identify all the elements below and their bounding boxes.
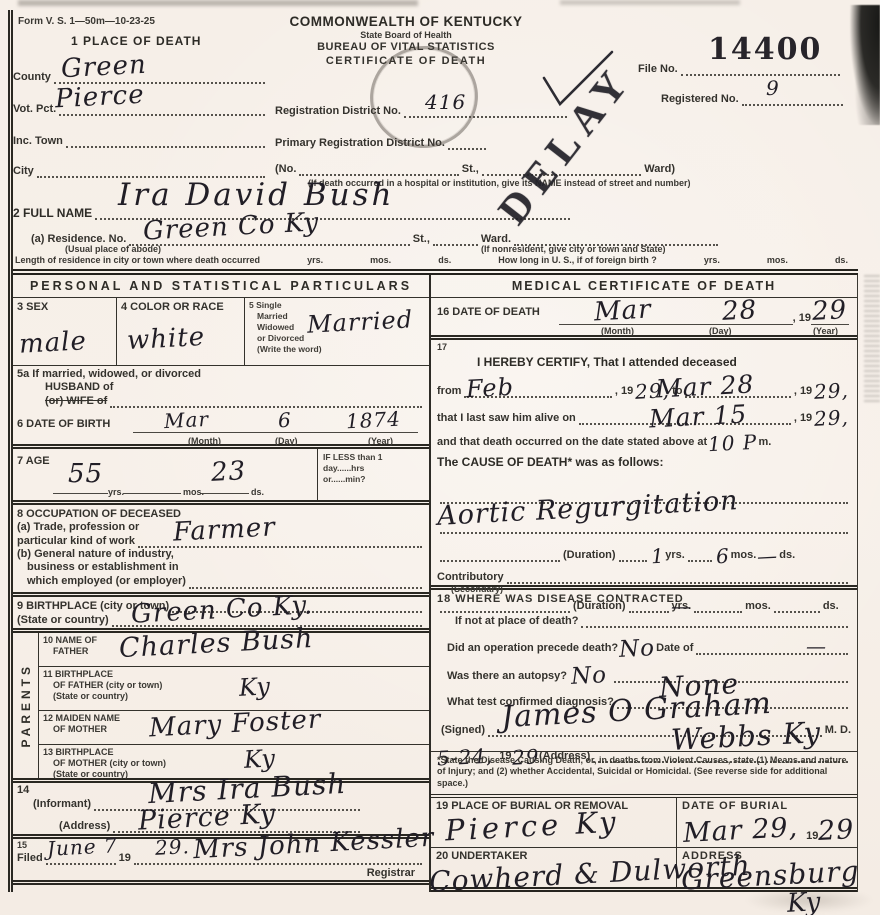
- duration-ds-label: ds.: [779, 549, 795, 562]
- wife-of-label-struck: (or) WIFE of: [45, 395, 107, 408]
- foreign-mos: mos.: [767, 255, 788, 266]
- father-birthplace-field: 11 BIRTHPLACE OF FATHER (city or town) (…: [39, 667, 429, 711]
- to-year-value: 29,: [814, 382, 850, 401]
- primary-registration-line: [448, 136, 486, 150]
- age-ds-label: ds.: [251, 487, 264, 498]
- length-yrs: yrs.: [307, 255, 323, 266]
- duration-yrs-value: 1: [650, 547, 665, 565]
- date-of-death-label: 16 DATE OF DEATH: [437, 306, 540, 319]
- age-label: 7 AGE: [17, 455, 50, 467]
- certification-block: 17 I HEREBY CERTIFY, That I attended dec…: [431, 340, 857, 590]
- if-not-line: [581, 614, 848, 628]
- scan-streak-right: [864, 275, 880, 405]
- from-label: from: [437, 385, 461, 398]
- filed-row: 15 Filed 19 June 7 29. Mrs John Kessler …: [13, 839, 429, 885]
- if-less-than-day-box: IF LESS than 1 day......hrs or......min?: [317, 449, 429, 500]
- residence-st-line: [433, 232, 478, 246]
- operation-value: No: [619, 639, 656, 660]
- occupation-a-line2: particular kind of work: [17, 535, 135, 548]
- file-no-label: File No.: [638, 63, 678, 76]
- death-certificate-scan: Form V. S. 1—50m—10-23-25 1 PLACE OF DEA…: [0, 0, 880, 915]
- abode-note: (Usual place of abode): [65, 244, 161, 255]
- registered-no-field: Registered No. 9: [661, 92, 846, 106]
- duration-mos-value: 6: [715, 547, 730, 565]
- if-less-line2: day......hrs: [323, 463, 424, 474]
- sex-label: 3 SEX: [17, 301, 112, 314]
- dod-day-sub: (Day): [709, 326, 732, 337]
- place-of-death-title: 1 PLACE OF DEATH: [71, 34, 201, 48]
- footnote-text: *State the Disease Causing Death, or, in…: [437, 755, 851, 790]
- duration-mos-label: mos.: [731, 549, 757, 562]
- item5a-label: 5a If married, widowed, or divorced: [17, 368, 425, 381]
- filed-year-prefix: 19: [119, 852, 131, 865]
- registration-district-field: Registration District No. 416: [275, 104, 570, 118]
- vot-pct-label: Vot. Pct.: [13, 103, 56, 116]
- full-name-label: 2 FULL NAME: [13, 206, 92, 220]
- mother-name-value: Mary Foster: [149, 708, 322, 739]
- date-of-death-field: 16 DATE OF DEATH Mar 28 , 19 29 (Month) …: [431, 298, 857, 340]
- registration-district-value: 416: [425, 94, 466, 111]
- father-birthplace-value: Ky: [238, 676, 271, 698]
- foreign-label: How long in U. S., if of foreign birth ?: [498, 255, 656, 266]
- undertaker-address-value: Greensburg: [680, 859, 860, 892]
- informant-address-value: Pierce Ky: [137, 803, 276, 833]
- spouse-line: [110, 394, 422, 408]
- bureau-title: BUREAU OF VITAL STATISTICS: [241, 41, 571, 54]
- mother-birthplace-value: Ky: [243, 748, 276, 770]
- county-value: Green: [60, 54, 147, 81]
- from-month-value: Feb: [465, 377, 514, 400]
- burial-date-field: DATE OF BURIAL Mar 29, 19 29: [677, 798, 857, 847]
- item-17-number: 17: [437, 342, 851, 353]
- to-date-value: Mar 28: [656, 373, 755, 399]
- city-label: City: [13, 165, 34, 178]
- burial-place-value: Pierce Ky: [444, 809, 620, 843]
- age-row: 7 AGE 55 yrs. mos. 23 ds. IF LESS than 1…: [13, 449, 429, 505]
- filed-date-value: June 7: [47, 837, 118, 858]
- dob-day-sub: (Day): [275, 436, 298, 447]
- undertaker-address-state: Ky: [786, 891, 822, 915]
- operation-date-value: —: [806, 638, 827, 655]
- sex-field: 3 SEX male: [13, 298, 117, 365]
- burial-row: 19 PLACE OF BURIAL OR REMOVAL Pierce Ky …: [431, 798, 857, 848]
- age-yrs-label: yrs.: [108, 487, 124, 498]
- undertaker-address-field: ADDRESS Greensburg Ky: [677, 848, 857, 887]
- primary-registration-field: Primary Registration District No.: [275, 136, 575, 150]
- parents-strip: PARENTS: [13, 633, 39, 778]
- death-occurred-label: and that death occurred on the date stat…: [437, 436, 707, 449]
- parents-block: PARENTS 10 NAME OF FATHER Charles Bush 1…: [13, 633, 429, 783]
- certify-statement: I HEREBY CERTIFY, That I attended deceas…: [477, 355, 851, 369]
- occupation-row: 8 OCCUPATION OF DECEASED (a) Trade, prof…: [13, 505, 429, 597]
- marital-field: 5 Single Married Widowed or Divorced (Wr…: [245, 298, 429, 365]
- from-year-prefix: , 19: [615, 385, 633, 398]
- mother-bp-label-2: OF MOTHER (city or town): [53, 758, 425, 769]
- autopsy-label: Was there an autopsy?: [447, 670, 567, 683]
- certificate-form: Form V. S. 1—50m—10-23-25 1 PLACE OF DEA…: [8, 10, 858, 892]
- scan-edge-smudge-top: [18, 0, 418, 6]
- burial-place-field: 19 PLACE OF BURIAL OR REMOVAL Pierce Ky: [431, 798, 677, 847]
- dob-year-sub: (Year): [368, 436, 393, 447]
- nonresident-note: (If nonresident, give city or town and S…: [481, 244, 666, 255]
- registrar-label: Registrar: [17, 867, 415, 880]
- city-field: City: [13, 164, 268, 178]
- if-less-line1: IF LESS than 1: [323, 452, 424, 463]
- cause-of-death-label: The CAUSE OF DEATH* was as follows:: [437, 455, 851, 469]
- race-label: 4 COLOR OR RACE: [121, 301, 240, 314]
- undertaker-row: 20 UNDERTAKER Cowherd & Dulworth ADDRESS…: [431, 848, 857, 892]
- dod-month-sub: (Month): [601, 326, 634, 337]
- last-saw-year-prefix: , 19: [794, 412, 812, 425]
- foreign-yrs: yrs.: [704, 255, 720, 266]
- dob-month-value: Mar: [164, 411, 210, 430]
- duration-yrs-line: [619, 548, 647, 562]
- informant-label: (Informant): [33, 798, 91, 811]
- duration-yrs-label: yrs.: [665, 549, 685, 562]
- vot-pct-value: Pierce: [54, 84, 145, 111]
- occupation-b-line: [189, 575, 422, 589]
- where-contracted-label: 18 WHERE WAS DISEASE CONTRACTED: [437, 593, 851, 606]
- length-of-residence-row: Length of residence in city or town wher…: [13, 253, 858, 269]
- father-name-field: 10 NAME OF FATHER Charles Bush: [39, 633, 429, 667]
- informant-address-label: (Address): [59, 820, 110, 833]
- age-days-value: 23: [210, 460, 246, 484]
- burial-date-value: Mar 29,: [682, 817, 798, 846]
- personal-column: PERSONAL AND STATISTICAL PARTICULARS 3 S…: [13, 275, 429, 892]
- duration-lead-line: [440, 548, 560, 562]
- vot-pct-field: Vot. Pct. Pierce: [13, 102, 268, 116]
- occupation-b-line2: business or establishment in: [27, 561, 425, 574]
- if-not-label: If not at place of death?: [455, 615, 578, 628]
- occupation-value: Farmer: [172, 516, 276, 543]
- if-less-line3: or......min?: [323, 474, 424, 485]
- length-ds: ds.: [438, 255, 451, 266]
- length-mos: mos.: [370, 255, 391, 266]
- last-saw-value: Mar 15: [649, 403, 748, 429]
- dob-field: 6 DATE OF BIRTH Mar 6 1874 (Month) (Day)…: [13, 412, 429, 449]
- residence-value: Green Co Ky: [143, 211, 320, 242]
- street-no-line: [299, 162, 458, 176]
- to-year-prefix: , 19: [794, 385, 812, 398]
- signed-label: (Signed): [441, 724, 485, 737]
- burial-year-prefix: 19: [806, 830, 818, 843]
- form-number: Form V. S. 1—50m—10-23-25: [18, 16, 155, 29]
- dob-year-value: 1874: [346, 410, 402, 430]
- primary-registration-label: Primary Registration District No.: [275, 137, 445, 150]
- dod-year-sub: (Year): [813, 326, 838, 337]
- parents-label: PARENTS: [20, 663, 32, 747]
- husband-of-label: HUSBAND of: [45, 381, 425, 394]
- dob-month-sub: (Month): [188, 436, 221, 447]
- inc-town-field: Inc. Town: [13, 134, 268, 148]
- age-years-value: 55: [68, 463, 103, 485]
- inc-town-line: [66, 134, 265, 148]
- columns: PERSONAL AND STATISTICAL PARTICULARS 3 S…: [13, 269, 858, 892]
- inc-town-label: Inc. Town: [13, 135, 63, 148]
- last-saw-label: that I last saw him alive on: [437, 412, 576, 425]
- contributory-label: Contributory: [437, 571, 504, 584]
- spouse-field: 5a If married, widowed, or divorced HUSB…: [13, 366, 429, 412]
- occupation-b-line3: which employed (or employer): [27, 575, 186, 588]
- autopsy-value: No: [571, 667, 608, 688]
- registration-district-label: Registration District No.: [275, 105, 401, 118]
- county-label: County: [13, 71, 51, 84]
- mother-name-field: 12 MAIDEN NAME OF MOTHER Mary Foster: [39, 711, 429, 745]
- mother-bp-label-1: 13 BIRTHPLACE: [43, 747, 425, 758]
- length-label: Length of residence in city or town wher…: [15, 255, 260, 266]
- disease-contracted-block: 18 WHERE WAS DISEASE CONTRACTED If not a…: [431, 590, 857, 752]
- state-header: COMMONWEALTH OF KENTUCKY State Board of …: [241, 14, 571, 68]
- dod-day-value: 28: [721, 299, 757, 323]
- ward-label: Ward): [644, 163, 675, 176]
- foreign-ds: ds.: [835, 255, 848, 266]
- filed-label: Filed: [17, 852, 43, 865]
- registered-no-value: 9: [766, 80, 780, 97]
- death-time-value: 10 P: [708, 434, 758, 454]
- filed-year-value: 29.: [155, 838, 191, 857]
- burial-date-label: DATE OF BURIAL: [682, 800, 852, 813]
- dob-day-value: 6: [277, 411, 292, 429]
- registered-no-line: [742, 92, 843, 106]
- birthplace-value: Green Co Ky.: [131, 594, 314, 626]
- contributory-line: [507, 570, 848, 584]
- full-name-value: Ira David Bush: [118, 182, 394, 208]
- last-saw-year-value: 29,: [814, 409, 850, 428]
- registered-no-label: Registered No.: [661, 93, 739, 106]
- date-of-operation-label: Date of: [656, 642, 693, 655]
- marital-write-word-note: (Write the word): [257, 344, 425, 355]
- father-bp-label-1: 11 BIRTHPLACE: [43, 669, 425, 680]
- street-label: St.,: [462, 163, 479, 176]
- duration-label: (Duration): [563, 549, 616, 562]
- duration-ds-value: —: [757, 547, 779, 565]
- sex-race-marital-row: 3 SEX male 4 COLOR OR RACE white 5 Singl…: [13, 298, 429, 366]
- dod-year-value: 29: [812, 299, 848, 323]
- race-field: 4 COLOR OR RACE white: [117, 298, 245, 365]
- duration-mos-line: [688, 548, 712, 562]
- occupation-b-line1: (b) General nature of industry,: [17, 548, 425, 561]
- top-section: Form V. S. 1—50m—10-23-25 1 PLACE OF DEA…: [13, 10, 858, 253]
- dod-month-value: Mar: [593, 298, 652, 323]
- dod-year-prefix: , 19: [793, 312, 811, 325]
- operation-label: Did an operation precede death?: [447, 642, 618, 655]
- city-line: [37, 164, 265, 178]
- commonwealth-title: COMMONWEALTH OF KENTUCKY: [241, 14, 571, 30]
- if-not-mark: —: [671, 598, 692, 615]
- race-value: white: [126, 326, 205, 352]
- footnote-block: *State the Disease Causing Death, or, in…: [431, 752, 857, 798]
- file-no-field: File No. 14400: [638, 62, 843, 76]
- age-field: 7 AGE 55 yrs. mos. 23 ds.: [13, 449, 317, 500]
- burial-year-value: 29: [818, 819, 856, 844]
- file-no-value: 14400: [708, 36, 822, 63]
- md-label: M. D.: [825, 724, 851, 737]
- street-no-label: (No.: [275, 163, 296, 176]
- personal-title: PERSONAL AND STATISTICAL PARTICULARS: [13, 275, 429, 298]
- marital-value: Married: [307, 309, 414, 335]
- sex-value: male: [18, 330, 87, 356]
- birthplace-label-2: (State or country): [17, 614, 109, 627]
- scan-edge-smudge-top-right: [560, 0, 740, 5]
- meridiem-label: m.: [758, 436, 771, 449]
- physician-address-value: Webbs Ky: [670, 720, 821, 752]
- certificate-title: CERTIFICATE OF DEATH: [241, 55, 571, 68]
- board-title: State Board of Health: [241, 30, 571, 41]
- dob-label: 6 DATE OF BIRTH: [17, 418, 110, 431]
- street-ward-field: (No. St., Ward): [275, 162, 675, 176]
- medical-column: MEDICAL CERTIFICATE OF DEATH 16 DATE OF …: [429, 275, 858, 892]
- residence-st-label: St.,: [413, 233, 430, 246]
- undertaker-field: 20 UNDERTAKER Cowherd & Dulworth: [431, 848, 677, 887]
